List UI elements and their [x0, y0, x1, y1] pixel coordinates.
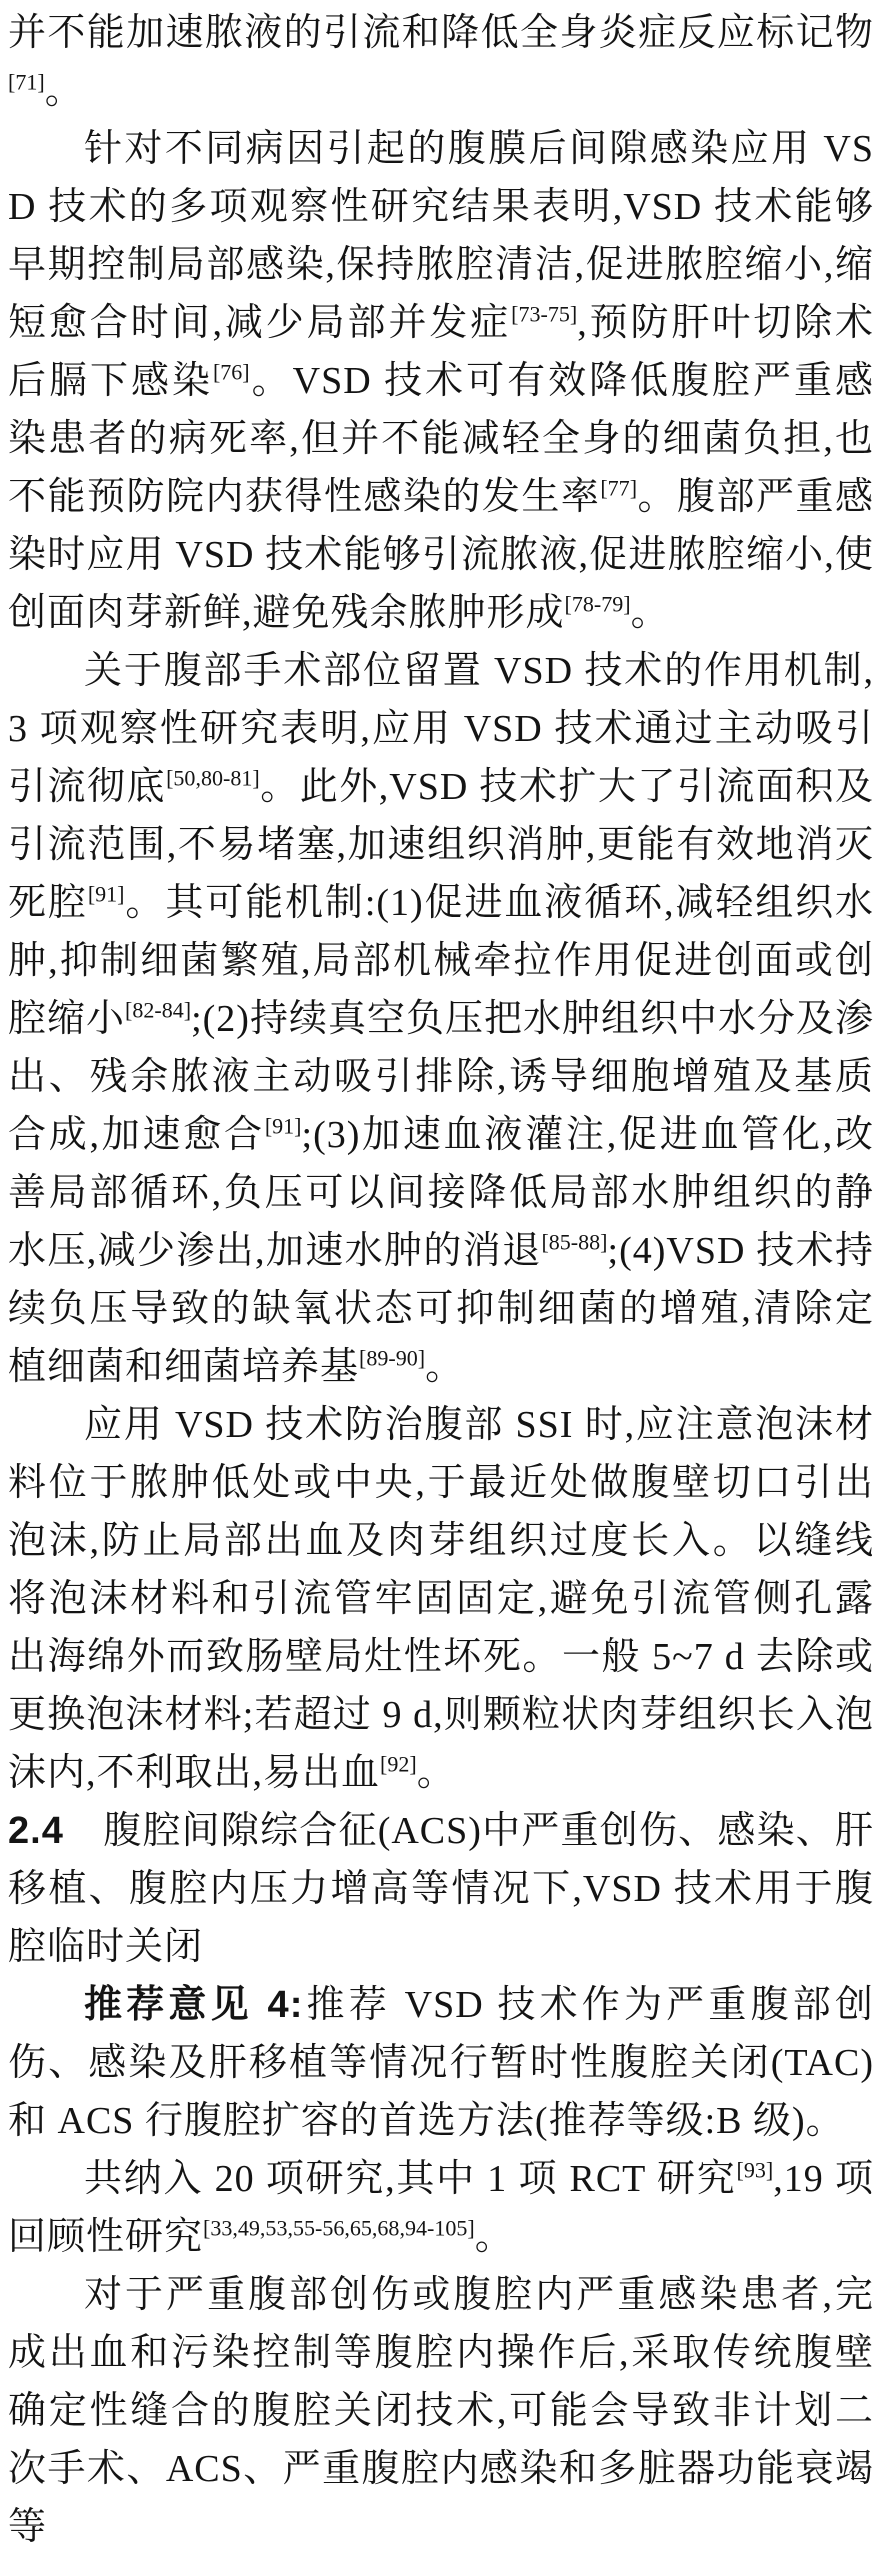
para-severe-trauma: 对于严重腹部创伤或腹腔内严重感染患者,完成出血和污染控制等腹腔内操作后,采取传统…: [8, 2266, 874, 2556]
para-retroperitoneal-infection: 针对不同病因引起的腹膜后间隙感染应用 VSD 技术的多项观察性研究结果表明,VS…: [8, 120, 874, 642]
citation-reference: [78-79]: [565, 591, 631, 616]
article-column: 并不能加速脓液的引流和降低全身炎症反应标记物[71]。针对不同病因引起的腹膜后间…: [8, 4, 874, 2556]
bold-label: 推荐意见 4:: [84, 1984, 303, 2026]
citation-reference: [89-90]: [359, 1345, 425, 1370]
citation-reference: [91]: [88, 881, 125, 906]
para-recommendation-4: 推荐意见 4:推荐 VSD 技术作为严重腹部创伤、感染及肝移植等情况行暂时性腹腔…: [8, 1976, 874, 2150]
citation-reference: [91]: [265, 1113, 302, 1138]
citation-reference: [33,49,53,55-56,65,68,94-105]: [203, 2215, 475, 2240]
citation-reference: [92]: [380, 1751, 417, 1776]
document-page: 并不能加速脓液的引流和降低全身炎症反应标记物[71]。针对不同病因引起的腹膜后间…: [0, 0, 880, 2560]
citation-reference: [82-84]: [125, 997, 191, 1022]
citation-reference: [93]: [737, 2157, 774, 2182]
citation-reference: [71]: [8, 69, 45, 94]
citation-reference: [73-75]: [511, 301, 577, 326]
citation-reference: [76]: [213, 359, 250, 384]
bold-label: 2.4: [8, 1810, 64, 1852]
para-foam-placement: 应用 VSD 技术防治腹部 SSI 时,应注意泡沫材料位于脓肿低处或中央,于最近…: [8, 1396, 874, 1802]
section-heading-2-4: 2.4 腹腔间隙综合征(ACS)中严重创伤、感染、肝移植、腹腔内压力增高等情况下…: [8, 1802, 874, 1976]
para-continuation-top: 并不能加速脓液的引流和降低全身炎症反应标记物[71]。: [8, 4, 874, 120]
citation-reference: [85-88]: [541, 1229, 607, 1254]
citation-reference: [77]: [600, 475, 637, 500]
para-included-studies: 共纳入 20 项研究,其中 1 项 RCT 研究[93],19 项回顾性研究[3…: [8, 2150, 874, 2266]
citation-reference: [50,80-81]: [166, 765, 260, 790]
para-mechanism: 关于腹部手术部位留置 VSD 技术的作用机制,3 项观察性研究表明,应用 VSD…: [8, 642, 874, 1396]
